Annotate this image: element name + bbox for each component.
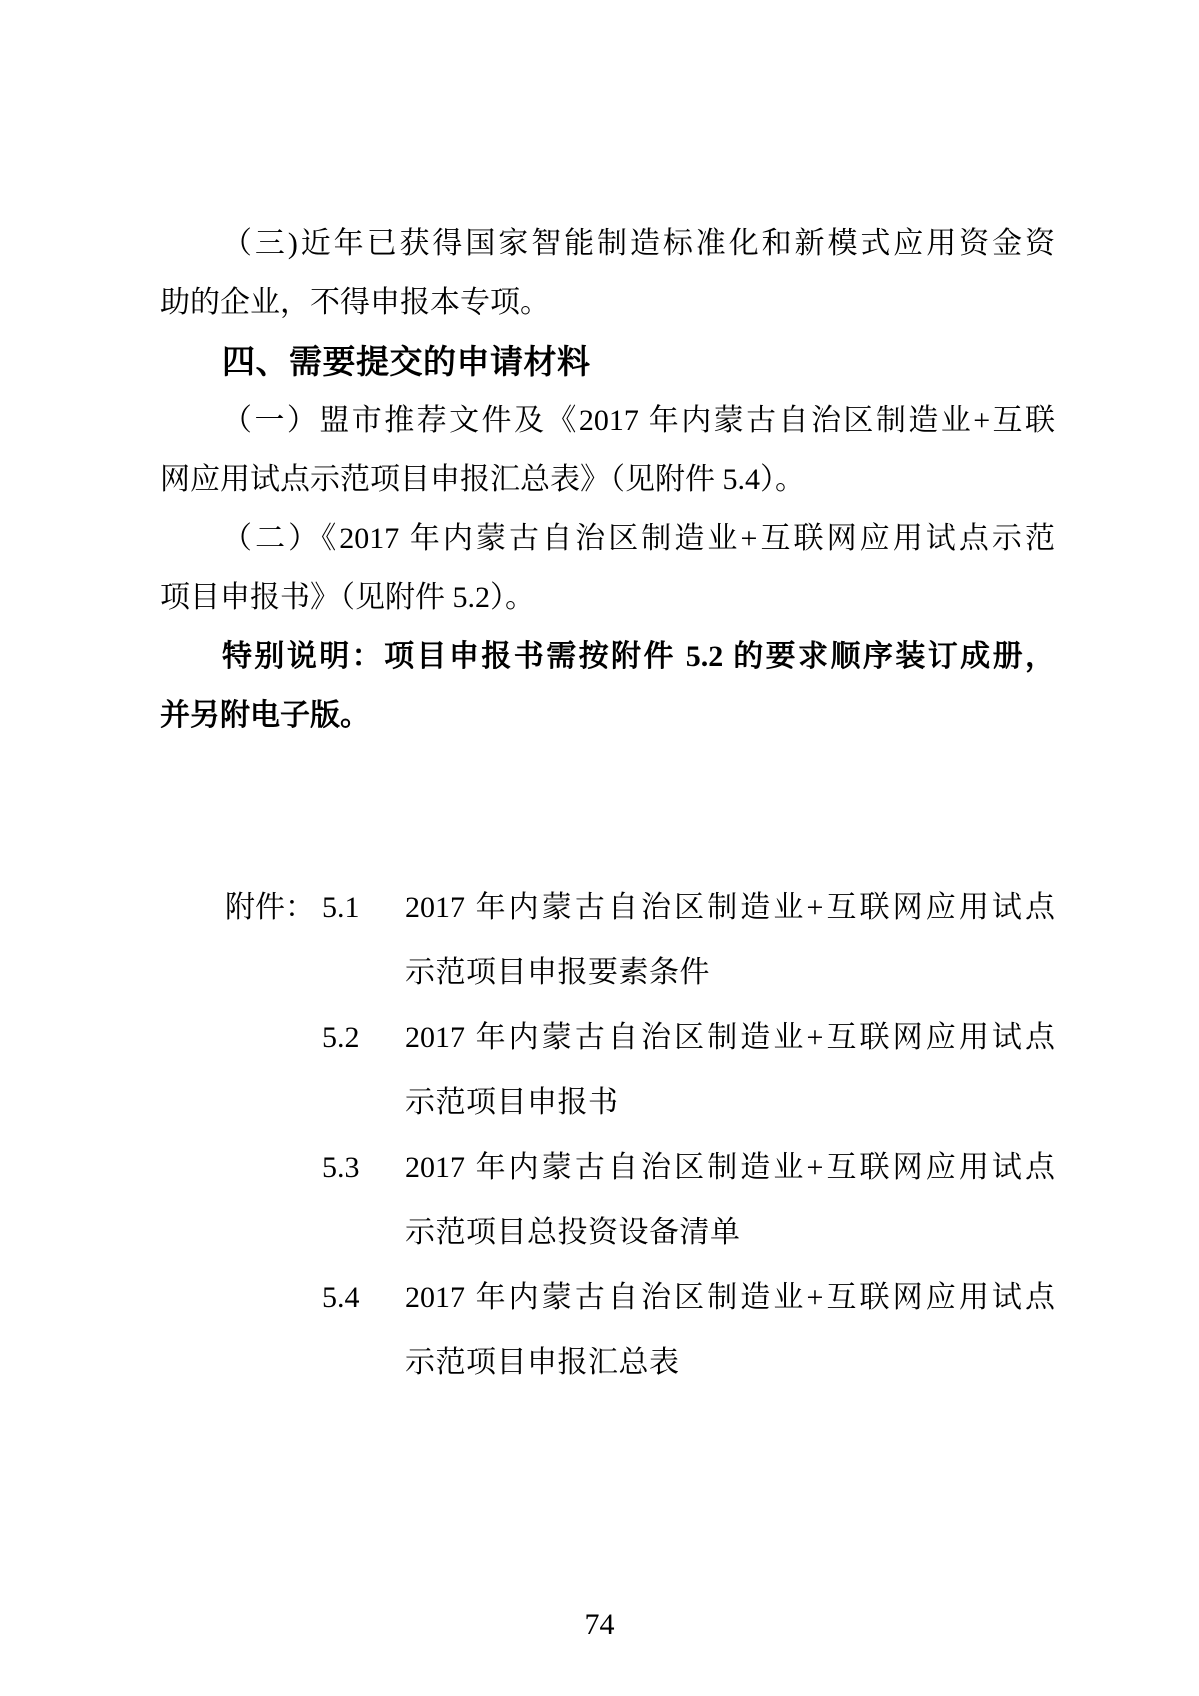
attachment-title-line: 2017 年内蒙古自治区制造业+互联网应用试点 (405, 1265, 1055, 1330)
attachment-number: 5.2 (322, 1005, 405, 1135)
attachment-title-line: 示范项目申报书 (405, 1070, 1055, 1135)
attachment-item-5-4: 5.4 2017 年内蒙古自治区制造业+互联网应用试点 示范项目申报汇总表 (225, 1265, 1055, 1395)
document-body: （三)近年已获得国家智能制造标准化和新模式应用资金资 助的企业，不得申报本专项。… (160, 214, 1055, 1395)
attachment-number: 5.1 (322, 875, 405, 1005)
attachment-item-5-3: 5.3 2017 年内蒙古自治区制造业+互联网应用试点 示范项目总投资设备清单 (225, 1135, 1055, 1265)
paragraph-clause-three-line-1: （三)近年已获得国家智能制造标准化和新模式应用资金资 (160, 214, 1055, 273)
page-number: 74 (0, 1608, 1199, 1642)
attachment-title-line: 示范项目申报汇总表 (405, 1330, 1055, 1395)
attachment-title: 2017 年内蒙古自治区制造业+互联网应用试点 示范项目申报要素条件 (405, 875, 1055, 1005)
attachment-title-line: 示范项目总投资设备清单 (405, 1200, 1055, 1265)
paragraph-clause-one-line-1: （一）盟市推荐文件及《2017 年内蒙古自治区制造业+互联 (160, 391, 1055, 450)
paragraph-clause-two-line-1: （二）《2017 年内蒙古自治区制造业+互联网应用试点示范 (160, 509, 1055, 568)
attachments-label-spacer (225, 1135, 322, 1265)
attachment-title-line: 2017 年内蒙古自治区制造业+互联网应用试点 (405, 1005, 1055, 1070)
special-note-line-1: 特别说明：项目申报书需按附件 5.2 的要求顺序装订成册， (160, 627, 1055, 686)
attachment-title: 2017 年内蒙古自治区制造业+互联网应用试点 示范项目申报汇总表 (405, 1265, 1055, 1395)
attachment-title-line: 示范项目申报要素条件 (405, 940, 1055, 1005)
paragraph-clause-two-line-2: 项目申报书》（见附件 5.2）。 (160, 568, 1055, 627)
special-note-line-2: 并另附电子版。 (160, 686, 1055, 745)
attachment-item-5-1: 附件： 5.1 2017 年内蒙古自治区制造业+互联网应用试点 示范项目申报要素… (225, 875, 1055, 1005)
attachments-list: 附件： 5.1 2017 年内蒙古自治区制造业+互联网应用试点 示范项目申报要素… (225, 875, 1055, 1395)
attachment-title-line: 2017 年内蒙古自治区制造业+互联网应用试点 (405, 1135, 1055, 1200)
attachment-number: 5.3 (322, 1135, 405, 1265)
attachment-title: 2017 年内蒙古自治区制造业+互联网应用试点 示范项目总投资设备清单 (405, 1135, 1055, 1265)
attachments-label-spacer (225, 1005, 322, 1135)
paragraph-clause-three-line-2: 助的企业，不得申报本专项。 (160, 273, 1055, 332)
attachment-title-line: 2017 年内蒙古自治区制造业+互联网应用试点 (405, 875, 1055, 940)
attachment-title: 2017 年内蒙古自治区制造业+互联网应用试点 示范项目申报书 (405, 1005, 1055, 1135)
attachments-label: 附件： (225, 875, 322, 1005)
section-heading: 四、需要提交的申请材料 (160, 332, 1055, 391)
paragraph-clause-one-line-2: 网应用试点示范项目申报汇总表》（见附件 5.4）。 (160, 450, 1055, 509)
document-page: （三)近年已获得国家智能制造标准化和新模式应用资金资 助的企业，不得申报本专项。… (0, 0, 1199, 1696)
attachment-item-5-2: 5.2 2017 年内蒙古自治区制造业+互联网应用试点 示范项目申报书 (225, 1005, 1055, 1135)
attachments-label-spacer (225, 1265, 322, 1395)
attachment-number: 5.4 (322, 1265, 405, 1395)
